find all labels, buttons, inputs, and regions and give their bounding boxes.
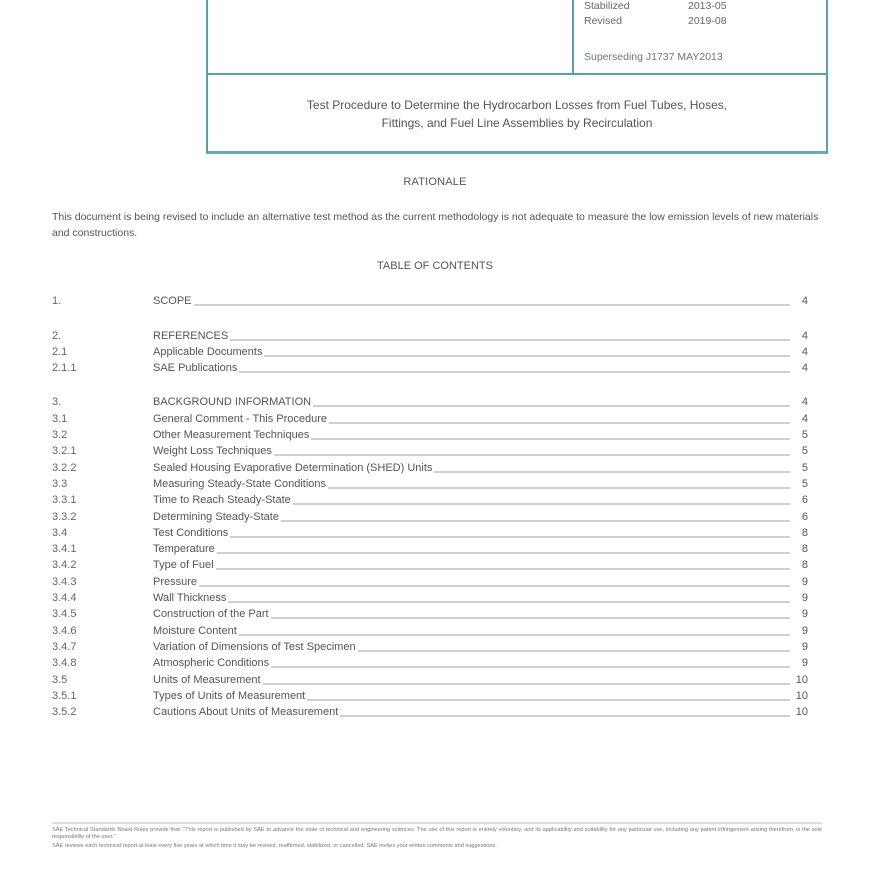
toc-entry-page: 9 bbox=[790, 624, 808, 638]
toc-entry-title: Atmospheric Conditions bbox=[153, 656, 271, 670]
toc-dot-leader bbox=[328, 487, 790, 489]
footer-paragraph-2: SAE reviews each technical report at lea… bbox=[52, 843, 822, 850]
toc-entry-page: 8 bbox=[790, 526, 808, 540]
toc-entry-number: 3.4.8 bbox=[52, 656, 153, 670]
toc-entry[interactable]: 3.4.5Construction of the Part9 bbox=[52, 605, 808, 621]
toc-entry-page: 4 bbox=[790, 361, 808, 375]
toc-entry-page: 6 bbox=[790, 510, 808, 524]
toc-dot-leader bbox=[228, 601, 790, 603]
header-logo-area bbox=[208, 0, 574, 73]
toc-entry[interactable]: 3.1General Comment - This Procedure4 bbox=[52, 409, 808, 425]
document-title-line-2: Fittings, and Fuel Line Assemblies by Re… bbox=[208, 114, 826, 132]
toc-entry-number: 3.2.1 bbox=[52, 444, 153, 458]
toc-entry-number: 3.1 bbox=[52, 412, 153, 426]
toc-entry-number: 3. bbox=[52, 395, 153, 409]
toc-entry-title: Test Conditions bbox=[153, 526, 230, 540]
toc-entry-page: 5 bbox=[790, 477, 808, 491]
toc-dot-leader bbox=[264, 355, 790, 357]
toc-dot-leader bbox=[239, 634, 790, 636]
toc-entry-page: 4 bbox=[790, 395, 808, 409]
toc-entry[interactable]: 3.4.8Atmospheric Conditions9 bbox=[52, 654, 808, 670]
toc-entry[interactable]: 1.SCOPE4 bbox=[52, 292, 808, 308]
toc-entry-page: 8 bbox=[790, 558, 808, 572]
toc-dot-leader bbox=[239, 371, 790, 373]
toc-entry-page: 5 bbox=[790, 461, 808, 475]
toc-entry[interactable]: 3.2.1Weight Loss Techniques5 bbox=[52, 442, 808, 458]
toc-entry-title: Temperature bbox=[153, 542, 217, 556]
meta-value: 2013-05 bbox=[688, 0, 727, 12]
toc-entry-title: BACKGROUND INFORMATION bbox=[153, 395, 313, 409]
header-top-section: Stabilized2013-05 Revised2019-08 Superse… bbox=[208, 0, 826, 75]
toc-entry-page: 9 bbox=[790, 640, 808, 654]
toc-entry-page: 4 bbox=[790, 329, 808, 343]
toc-entry-page: 4 bbox=[790, 345, 808, 359]
toc-entry-number: 3.4.6 bbox=[52, 624, 153, 638]
toc-entry-page: 4 bbox=[790, 294, 808, 308]
toc-entry-page: 9 bbox=[790, 607, 808, 621]
toc-entry-number: 2.1.1 bbox=[52, 361, 153, 375]
toc-dot-leader bbox=[434, 471, 790, 473]
toc-entry-title: Cautions About Units of Measurement bbox=[153, 705, 340, 719]
toc-entry[interactable]: 3.2Other Measurement Techniques5 bbox=[52, 426, 808, 442]
toc-entry-title: Sealed Housing Evaporative Determination… bbox=[153, 461, 434, 475]
toc-entry-number: 3.5.1 bbox=[52, 689, 153, 703]
toc-entry-page: 10 bbox=[790, 673, 808, 687]
toc-dot-leader bbox=[263, 683, 790, 685]
toc-entry-number: 3.4.2 bbox=[52, 558, 153, 572]
footer-divider bbox=[52, 822, 822, 824]
toc-entry-title: SAE Publications bbox=[153, 361, 239, 375]
toc-entry-title: Time to Reach Steady-State bbox=[153, 493, 293, 507]
footer-notice: SAE Technical Standards Board Rules prov… bbox=[52, 827, 822, 852]
toc-entry-title: General Comment - This Procedure bbox=[153, 412, 329, 426]
toc-entry-title: Other Measurement Techniques bbox=[153, 428, 311, 442]
toc-entry[interactable]: 3.5.2Cautions About Units of Measurement… bbox=[52, 703, 808, 719]
toc-entry-page: 9 bbox=[790, 591, 808, 605]
toc-dot-leader bbox=[199, 585, 790, 587]
toc-entry-number: 3.4.4 bbox=[52, 591, 153, 605]
toc-entry-number: 2. bbox=[52, 329, 153, 343]
toc-dot-leader bbox=[217, 552, 790, 554]
toc-entry[interactable]: 2.1.1SAE Publications4 bbox=[52, 359, 808, 375]
superseding-note: Superseding J1737 MAY2013 bbox=[584, 51, 723, 63]
meta-label: Stabilized bbox=[584, 0, 688, 12]
toc-entry-number: 3.4.1 bbox=[52, 542, 153, 556]
toc-dot-leader bbox=[274, 454, 790, 456]
toc-entry[interactable]: 3.5Units of Measurement10 bbox=[52, 670, 808, 686]
toc-entry-number: 3.3 bbox=[52, 477, 153, 491]
toc-entry[interactable]: 3.4Test Conditions8 bbox=[52, 524, 808, 540]
table-of-contents: 1.SCOPE42.REFERENCES42.1Applicable Docum… bbox=[52, 292, 808, 719]
toc-entry-number: 3.4 bbox=[52, 526, 153, 540]
toc-dot-leader bbox=[230, 339, 790, 341]
toc-entry-number: 3.4.3 bbox=[52, 575, 153, 589]
toc-dot-leader bbox=[313, 405, 790, 407]
toc-dot-leader bbox=[307, 699, 790, 701]
toc-entry-page: 4 bbox=[790, 412, 808, 426]
toc-entry-number: 3.2.2 bbox=[52, 461, 153, 475]
toc-entry[interactable]: 3.5.1Types of Units of Measurement10 bbox=[52, 687, 808, 703]
toc-entry-page: 6 bbox=[790, 493, 808, 507]
toc-entry-title: Type of Fuel bbox=[153, 558, 216, 572]
toc-entry[interactable]: 2.1Applicable Documents4 bbox=[52, 343, 808, 359]
toc-entry[interactable]: 3.4.6Moisture Content9 bbox=[52, 621, 808, 637]
meta-value: 2019-08 bbox=[688, 15, 727, 27]
toc-entry-title: Units of Measurement bbox=[153, 673, 263, 687]
toc-entry-title: Variation of Dimensions of Test Specimen bbox=[153, 640, 358, 654]
toc-entry[interactable]: 3.2.2Sealed Housing Evaporative Determin… bbox=[52, 458, 808, 474]
toc-entry-title: Pressure bbox=[153, 575, 199, 589]
toc-dot-leader bbox=[271, 666, 790, 668]
toc-entry-page: 5 bbox=[790, 444, 808, 458]
meta-revised: Revised2019-08 bbox=[584, 15, 727, 27]
toc-entry-number: 1. bbox=[52, 294, 153, 308]
toc-entry[interactable]: 3.3.2Determining Steady-State6 bbox=[52, 507, 808, 523]
toc-dot-leader bbox=[230, 536, 790, 538]
toc-entry-title: Weight Loss Techniques bbox=[153, 444, 274, 458]
toc-entry-number: 3.3.1 bbox=[52, 493, 153, 507]
toc-entry-page: 5 bbox=[790, 428, 808, 442]
toc-entry-page: 9 bbox=[790, 575, 808, 589]
toc-entry-title: Wall Thickness bbox=[153, 591, 228, 605]
toc-entry-number: 3.2 bbox=[52, 428, 153, 442]
toc-dot-leader bbox=[194, 304, 790, 306]
toc-entry-page: 9 bbox=[790, 656, 808, 670]
toc-entry[interactable]: 3.BACKGROUND INFORMATION4 bbox=[52, 393, 808, 409]
toc-dot-leader bbox=[311, 438, 790, 440]
toc-entry[interactable]: 3.4.2Type of Fuel8 bbox=[52, 556, 808, 572]
toc-heading: TABLE OF CONTENTS bbox=[0, 260, 870, 272]
toc-entry-title: REFERENCES bbox=[153, 329, 230, 343]
toc-entry-number: 3.4.5 bbox=[52, 607, 153, 621]
meta-stabilized: Stabilized2013-05 bbox=[584, 0, 727, 12]
toc-entry-title: Applicable Documents bbox=[153, 345, 264, 359]
toc-entry-page: 8 bbox=[790, 542, 808, 556]
toc-entry-title: Determining Steady-State bbox=[153, 510, 281, 524]
toc-entry[interactable]: 3.4.3Pressure9 bbox=[52, 572, 808, 588]
toc-entry-page: 10 bbox=[790, 705, 808, 719]
toc-dot-leader bbox=[329, 422, 790, 424]
document-header-box: Stabilized2013-05 Revised2019-08 Superse… bbox=[206, 0, 828, 154]
rationale-text: This document is being revised to includ… bbox=[52, 209, 822, 241]
header-meta: Stabilized2013-05 Revised2019-08 Superse… bbox=[574, 0, 826, 73]
toc-entry[interactable]: 3.4.1Temperature8 bbox=[52, 540, 808, 556]
toc-entry[interactable]: 3.3.1Time to Reach Steady-State6 bbox=[52, 491, 808, 507]
toc-dot-leader bbox=[216, 568, 790, 570]
meta-label: Revised bbox=[584, 15, 688, 27]
toc-entry[interactable]: 2.REFERENCES4 bbox=[52, 326, 808, 342]
toc-entry-title: Moisture Content bbox=[153, 624, 239, 638]
toc-entry-page: 10 bbox=[790, 689, 808, 703]
rationale-heading: RATIONALE bbox=[0, 176, 870, 188]
toc-dot-leader bbox=[358, 650, 790, 652]
toc-entry-number: 3.5 bbox=[52, 673, 153, 687]
toc-entry-number: 3.4.7 bbox=[52, 640, 153, 654]
toc-entry-number: 3.5.2 bbox=[52, 705, 153, 719]
document-title: Test Procedure to Determine the Hydrocar… bbox=[208, 96, 826, 132]
footer-paragraph-1: SAE Technical Standards Board Rules prov… bbox=[52, 827, 822, 841]
toc-dot-leader bbox=[293, 503, 790, 505]
toc-entry-number: 2.1 bbox=[52, 345, 153, 359]
toc-dot-leader bbox=[281, 520, 790, 522]
toc-entry-title: Construction of the Part bbox=[153, 607, 271, 621]
toc-entry-title: Measuring Steady-State Conditions bbox=[153, 477, 328, 491]
toc-entry-title: Types of Units of Measurement bbox=[153, 689, 307, 703]
toc-entry[interactable]: 3.3Measuring Steady-State Conditions5 bbox=[52, 475, 808, 491]
toc-entry-title: SCOPE bbox=[153, 294, 194, 308]
toc-entry[interactable]: 3.4.7Variation of Dimensions of Test Spe… bbox=[52, 638, 808, 654]
toc-dot-leader bbox=[340, 715, 790, 717]
toc-entry[interactable]: 3.4.4Wall Thickness9 bbox=[52, 589, 808, 605]
toc-dot-leader bbox=[271, 617, 790, 619]
toc-entry-number: 3.3.2 bbox=[52, 510, 153, 524]
document-title-line-1: Test Procedure to Determine the Hydrocar… bbox=[208, 96, 826, 114]
